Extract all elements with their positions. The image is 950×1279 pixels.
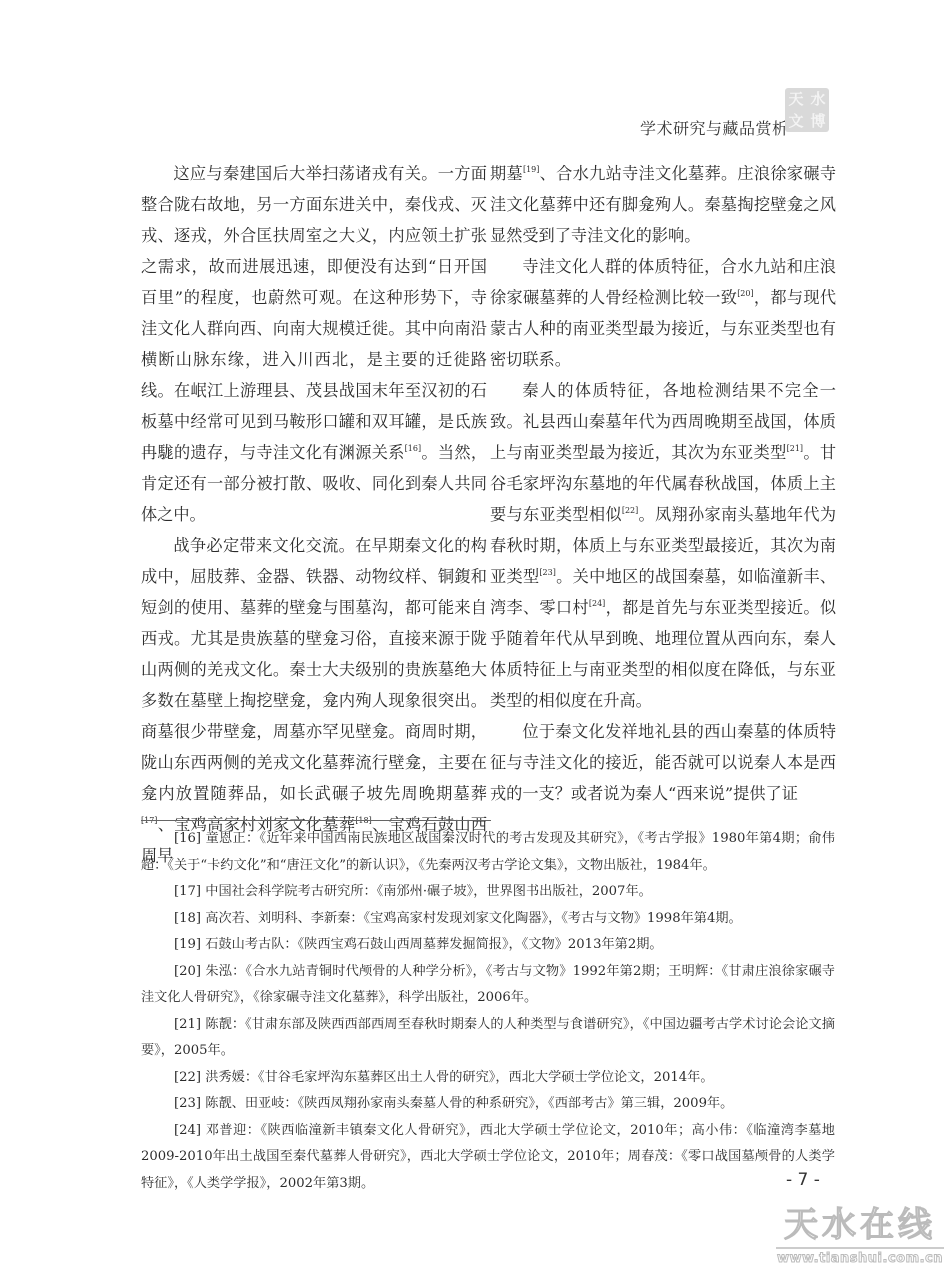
footnote: [16] 童恩正：《近年来中国西南民族地区战国秦汉时代的考古发现及其研究》，《考… [141, 826, 835, 879]
paragraph: 寺洼文化人群的体质特征，合水九站和庄浪徐家碾墓葬的人骨经检测比较一致[20]，都… [490, 251, 836, 375]
footnote: [23] 陈靓、田亚岐：《陕西凤翔孙家南头秦墓人骨的种系研究》，《西部考古》第三… [141, 1091, 835, 1118]
paragraph: 位于秦文化发祥地礼县的西山秦墓的体质特征与寺洼文化的接近，能否就可以说秦人本是西… [490, 716, 836, 809]
logo-char: 博 [807, 110, 829, 132]
footnote: [19] 石鼓山考古队：《陕西宝鸡石鼓山西周墓葬发掘简报》，《文物》2013年第… [141, 932, 835, 959]
footnote: [20] 朱泓：《合水九站青铜时代颅骨的人种学分析》，《考古与文物》1992年第… [141, 959, 835, 1012]
paragraph: 期墓[19]、合水九站寺洼文化墓葬。庄浪徐家碾寺洼文化墓葬中还有脚龛殉人。秦墓掏… [490, 158, 836, 251]
footnote-ref[interactable]: [16] [405, 444, 421, 453]
logo-char: 水 [807, 88, 829, 110]
right-column: 期墓[19]、合水九站寺洼文化墓葬。庄浪徐家碾寺洼文化墓葬中还有脚龛殉人。秦墓掏… [490, 158, 836, 809]
watermark-text: 天水在线 [770, 1205, 950, 1245]
footnote: [18] 高次若、刘明科、李新秦：《宝鸡高家村发现刘家文化陶器》，《考古与文物》… [141, 906, 835, 933]
logo-char: 文 [785, 110, 807, 132]
footnote: [22] 洪秀媛：《甘谷毛家坪沟东墓葬区出土人骨的研究》，西北大学硕士学位论文，… [141, 1065, 835, 1092]
watermark-url: www.tianshui.com.cn [770, 1251, 950, 1266]
page-number: - 7 - [786, 1170, 820, 1190]
journal-logo: 天 水 文 博 [785, 88, 829, 132]
watermark: 天水在线 www.tianshui.com.cn [770, 1205, 950, 1266]
footnote-ref[interactable]: [24] [589, 599, 605, 608]
section-title: 学术研究与藏品赏析 [640, 116, 789, 139]
footnote-divider [141, 820, 491, 821]
footnote-ref[interactable]: [19] [523, 165, 539, 174]
paragraph: 这应与秦建国后大举扫荡诸戎有关。一方面整合陇右故地，另一方面东进关中，秦伐戎、灭… [141, 158, 487, 530]
footnote: [24] 邓普迎：《陕西临潼新丰镇秦文化人骨研究》，西北大学硕士学位论文，201… [141, 1118, 835, 1198]
footnote-ref[interactable]: [21] [787, 444, 803, 453]
footnote: [21] 陈靓：《甘肃东部及陕西西部西周至春秋时期秦人的人种类型与食谱研究》，《… [141, 1012, 835, 1065]
footnote-ref[interactable]: [22] [622, 506, 638, 515]
footnotes: [16] 童恩正：《近年来中国西南民族地区战国秦汉时代的考古发现及其研究》，《考… [141, 826, 835, 1197]
paragraph: 秦人的体质特征，各地检测结果不完全一致。礼县西山秦墓年代为西周晚期至战国，体质上… [490, 375, 836, 716]
left-column: 这应与秦建国后大举扫荡诸戎有关。一方面整合陇右故地，另一方面东进关中，秦伐戎、灭… [141, 158, 487, 871]
logo-char: 天 [785, 88, 807, 110]
footnote-ref[interactable]: [23] [539, 568, 555, 577]
footnote-ref[interactable]: [20] [737, 289, 753, 298]
watermark-divider [776, 1247, 944, 1249]
footnote: [17] 中国社会科学院考古研究所：《南邠州·碾子坡》，世界图书出版社，2007… [141, 879, 835, 906]
